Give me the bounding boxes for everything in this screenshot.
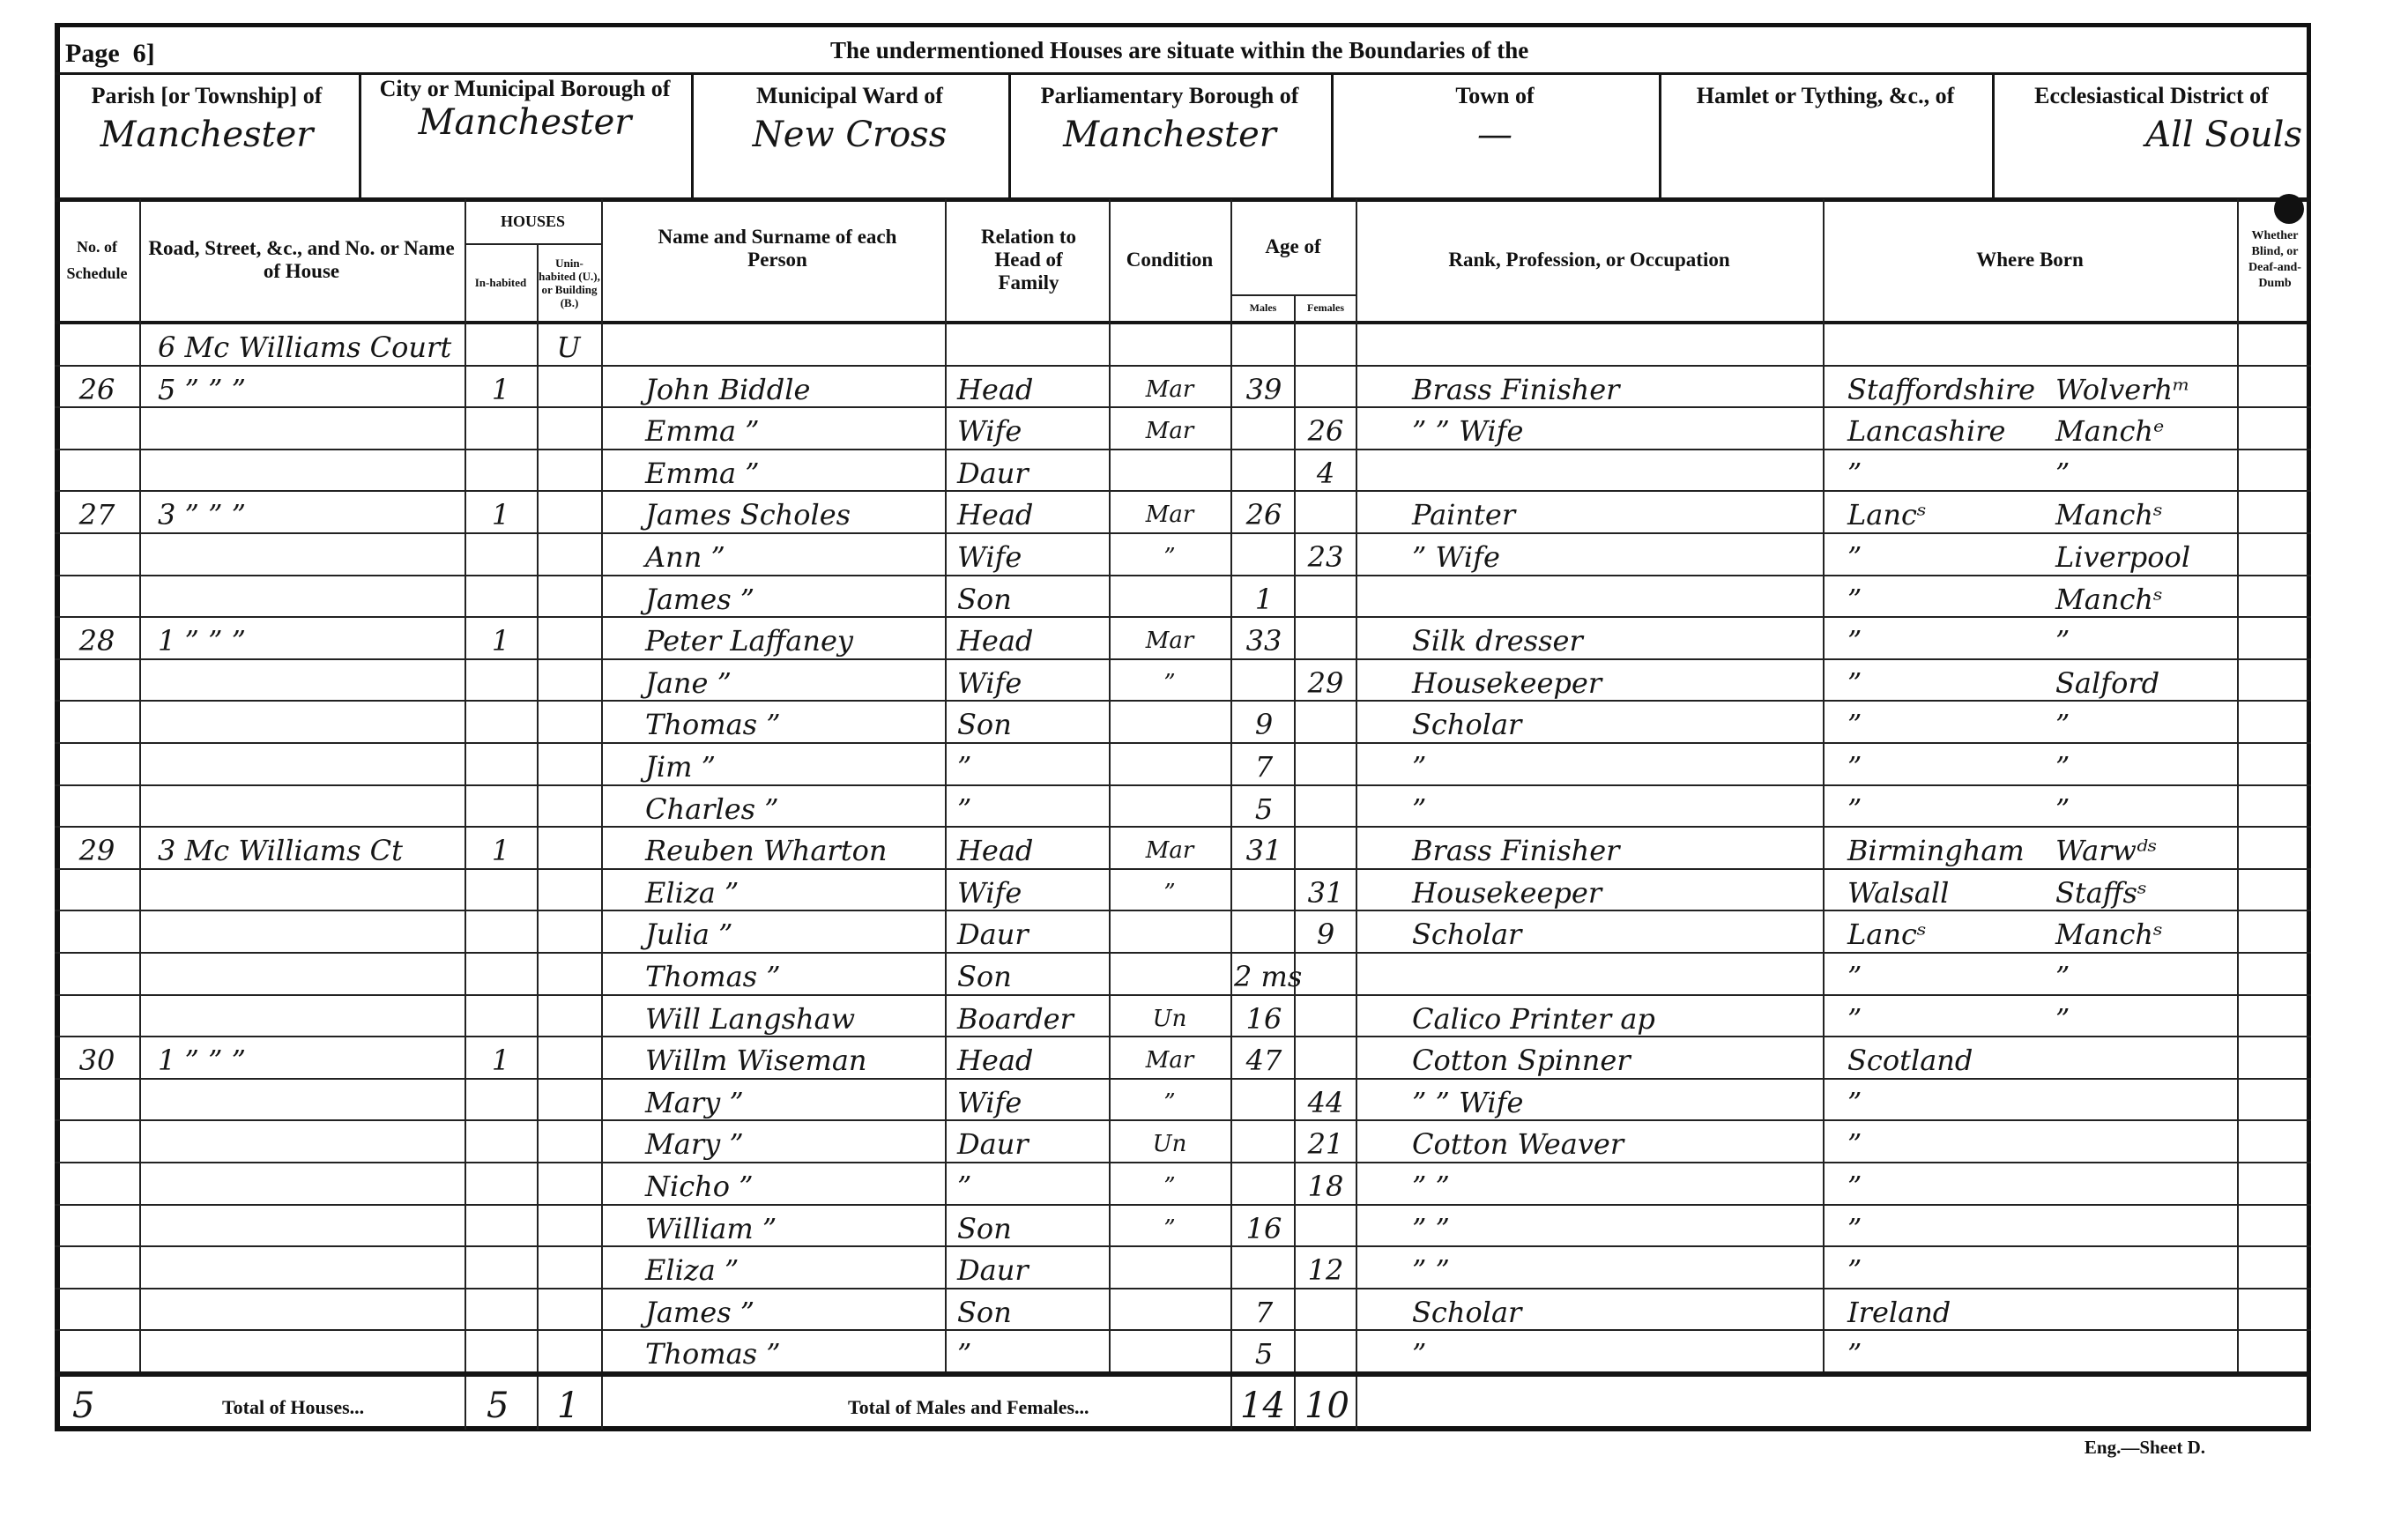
birthplace-town: Manchᵉ	[2055, 406, 2164, 449]
birthplace: Walsall	[1826, 868, 2257, 910]
schedule-number	[55, 994, 139, 1037]
hamlet-box: Hamlet or Tything, &c., of	[1659, 74, 1992, 197]
road-address	[147, 784, 475, 827]
inhabited-count	[465, 700, 537, 742]
table-row: 273 ” ” ”1James ScholesHeadMar26PainterL…	[55, 490, 2311, 532]
occupation: ”	[1359, 784, 1870, 827]
age-male: 5	[1234, 784, 1294, 827]
total-females: 10	[1304, 1386, 1349, 1426]
relation-to-head: Wife	[945, 1078, 1120, 1120]
age-female: 12	[1296, 1245, 1356, 1288]
col-where-born: Where Born	[1823, 199, 2237, 320]
age-male: 9	[1234, 700, 1294, 742]
occupation: Silk dresser	[1359, 616, 1870, 658]
schedule-number	[55, 784, 139, 827]
age-male: 5	[1234, 1329, 1294, 1371]
inhabited-count	[465, 784, 537, 827]
blind-deaf-dumb	[2241, 406, 2316, 449]
table-row: Jane ”Wife”29Housekeeper”Salford	[55, 658, 2311, 701]
person-name: Julia ”	[610, 910, 971, 952]
marital-condition: ”	[1112, 1162, 1227, 1204]
age-male	[1234, 658, 1294, 701]
occupation: ”	[1359, 1329, 1870, 1371]
person-name: Jim ”	[610, 742, 971, 784]
uninhabited-mark	[537, 449, 600, 491]
occupation	[1359, 575, 1870, 617]
person-name: Willm Wiseman	[610, 1036, 971, 1078]
totals-row: 5 Total of Houses... 5 1 Total of Males …	[55, 1373, 2311, 1431]
birthplace-town: Warwᵈˢ	[2055, 826, 2157, 868]
age-male: 7	[1234, 742, 1294, 784]
occupation: ” ”	[1359, 1245, 1870, 1288]
birthplace-town: Manchˢ	[2055, 490, 2163, 532]
relation-to-head: Son	[945, 1288, 1120, 1330]
person-name: Will Langshaw	[610, 994, 971, 1037]
inhabited-count	[465, 742, 537, 784]
uninhabited-mark	[537, 616, 600, 658]
schedule-number	[55, 700, 139, 742]
city-box: City or Municipal Borough of Manchester	[359, 74, 691, 197]
relation-to-head: Head	[945, 616, 1120, 658]
parliamentary-value: Manchester	[1008, 115, 1331, 155]
birthplace: Lancˢ	[1826, 490, 2257, 532]
uninhabited-mark	[537, 994, 600, 1037]
schedule-number: 28	[55, 616, 139, 658]
schedule-number: 27	[55, 490, 139, 532]
birthplace: ”	[1826, 784, 2257, 827]
age-male	[1234, 868, 1294, 910]
age-male	[1234, 1078, 1294, 1120]
person-name: Emma ”	[610, 449, 971, 491]
blind-deaf-dumb	[2241, 1078, 2316, 1120]
uninhabited-mark	[537, 365, 600, 407]
uninhabited-mark	[537, 1119, 600, 1162]
schedule-number: 26	[55, 365, 139, 407]
road-address: 6 Mc Williams Court	[147, 323, 475, 365]
table-row: Will LangshawBoarderUn16Calico Printer a…	[55, 994, 2311, 1037]
relation-to-head: Head	[945, 490, 1120, 532]
road-address	[147, 575, 475, 617]
table-row: James ”Son7ScholarIreland	[55, 1288, 2311, 1330]
road-address	[147, 449, 475, 491]
birthplace: ”	[1826, 952, 2257, 994]
birthplace: ”	[1826, 575, 2257, 617]
blind-deaf-dumb	[2241, 1036, 2316, 1078]
occupation: Housekeeper	[1359, 658, 1870, 701]
birthplace: ”	[1826, 658, 2257, 701]
person-name: William ”	[610, 1204, 971, 1246]
inhabited-count	[465, 994, 537, 1037]
blind-deaf-dumb	[2241, 994, 2316, 1037]
marital-condition	[1112, 700, 1227, 742]
relation-to-head: Head	[945, 365, 1120, 407]
ecclesiastical-value: All Souls	[1992, 115, 2311, 155]
road-address	[147, 658, 475, 701]
blind-deaf-dumb	[2241, 910, 2316, 952]
relation-to-head	[945, 323, 1120, 365]
age-female	[1296, 1288, 1356, 1330]
relation-to-head: ”	[945, 742, 1120, 784]
age-male	[1234, 1119, 1294, 1162]
age-female: 21	[1296, 1119, 1356, 1162]
uninhabited-mark	[537, 952, 600, 994]
schedule-number	[55, 1288, 139, 1330]
age-female	[1296, 1036, 1356, 1078]
age-male: 26	[1234, 490, 1294, 532]
inhabited-count: 1	[465, 1036, 537, 1078]
occupation: ” ” Wife	[1359, 406, 1870, 449]
uninhabited-mark: U	[537, 323, 600, 365]
table-row: Charles ””5”””	[55, 784, 2311, 827]
road-address	[147, 1288, 475, 1330]
occupation: Scholar	[1359, 910, 1870, 952]
uninhabited-mark	[537, 742, 600, 784]
birthplace-town: Manchˢ	[2055, 910, 2163, 952]
sheet-id: Eng.—Sheet D.	[2085, 1437, 2205, 1459]
blind-deaf-dumb	[2241, 616, 2316, 658]
road-address	[147, 700, 475, 742]
relation-to-head: Son	[945, 575, 1120, 617]
uninhabited-mark	[537, 910, 600, 952]
age-male: 16	[1234, 1204, 1294, 1246]
blind-deaf-dumb	[2241, 449, 2316, 491]
occupation	[1359, 449, 1870, 491]
blind-deaf-dumb	[2241, 490, 2316, 532]
uninhabited-mark	[537, 1204, 600, 1246]
inhabited-count: 1	[465, 490, 537, 532]
age-female	[1296, 1329, 1356, 1371]
table-row: Mary ”Wife”44” ” Wife”	[55, 1078, 2311, 1120]
relation-to-head: ”	[945, 784, 1120, 827]
age-female: 23	[1296, 532, 1356, 575]
ward-box: Municipal Ward of New Cross	[691, 74, 1008, 197]
marital-condition: Un	[1112, 994, 1227, 1037]
road-address: 1 ” ” ”	[147, 1036, 475, 1078]
inhabited-count: 1	[465, 826, 537, 868]
age-male: 1	[1234, 575, 1294, 617]
blind-deaf-dumb	[2241, 826, 2316, 868]
total-uninhabited: 1	[557, 1386, 579, 1426]
blind-deaf-dumb	[2241, 784, 2316, 827]
city-value: Manchester	[359, 102, 691, 143]
inhabited-count	[465, 1245, 537, 1288]
table-row: 6 Mc Williams CourtU	[55, 323, 2311, 365]
birthplace: ”	[1826, 994, 2257, 1037]
occupation: Calico Printer ap	[1359, 994, 1870, 1037]
age-female: 29	[1296, 658, 1356, 701]
road-address	[147, 406, 475, 449]
table-row: Eliza ”Wife”31HousekeeperWalsallStaffsˢ	[55, 868, 2311, 910]
col-uninhabited: Unin-habited (U.), or Building (B.)	[539, 245, 600, 320]
inhabited-count	[465, 1329, 537, 1371]
uninhabited-mark	[537, 658, 600, 701]
birthplace-town: Liverpool	[2055, 532, 2190, 575]
blind-deaf-dumb	[2241, 1245, 2316, 1288]
occupation: ” Wife	[1359, 532, 1870, 575]
inhabited-count	[465, 868, 537, 910]
age-female	[1296, 952, 1356, 994]
blind-deaf-dumb	[2241, 365, 2316, 407]
marital-condition	[1112, 1245, 1227, 1288]
road-address	[147, 1162, 475, 1204]
ward-value: New Cross	[691, 115, 1008, 155]
uninhabited-mark	[537, 700, 600, 742]
inhabited-count	[465, 532, 537, 575]
age-female	[1296, 323, 1356, 365]
total-males: 14	[1240, 1386, 1285, 1426]
col-schedule: No. of Schedule	[55, 199, 139, 320]
marital-condition: Mar	[1112, 406, 1227, 449]
age-female	[1296, 826, 1356, 868]
table-row: Thomas ”Son2 ms””	[55, 952, 2311, 994]
schedule-number: 29	[55, 826, 139, 868]
marital-condition: Mar	[1112, 826, 1227, 868]
marital-condition: ”	[1112, 1078, 1227, 1120]
town-box: Town of —	[1331, 74, 1659, 197]
road-address	[147, 910, 475, 952]
road-address: 3 ” ” ”	[147, 490, 475, 532]
age-male	[1234, 532, 1294, 575]
birthplace: ”	[1826, 742, 2257, 784]
col-houses: HOUSES	[465, 199, 601, 243]
col-occupation: Rank, Profession, or Occupation	[1356, 199, 1823, 320]
inhabited-count	[465, 1162, 537, 1204]
schedule-number	[55, 406, 139, 449]
marital-condition: ”	[1112, 1204, 1227, 1246]
occupation: ”	[1359, 742, 1870, 784]
birthplace: ”	[1826, 1162, 2257, 1204]
marital-condition: Mar	[1112, 365, 1227, 407]
col-age: Age of	[1230, 199, 1356, 294]
blind-deaf-dumb	[2241, 1204, 2316, 1246]
schedule-number	[55, 1162, 139, 1204]
inhabited-count	[465, 449, 537, 491]
inhabited-count	[465, 1204, 537, 1246]
person-name: Ann ”	[610, 532, 971, 575]
col-relation: Relation to Head of Family	[971, 199, 1086, 320]
marital-condition	[1112, 449, 1227, 491]
birthplace: ”	[1826, 616, 2257, 658]
birthplace-town: Salford	[2055, 658, 2159, 701]
road-address: 5 ” ” ”	[147, 365, 475, 407]
road-address	[147, 532, 475, 575]
birthplace: ”	[1826, 1078, 2257, 1120]
age-male	[1234, 449, 1294, 491]
relation-to-head: Head	[945, 826, 1120, 868]
table-row: Julia ”Daur9ScholarLancˢManchˢ	[55, 910, 2311, 952]
age-female: 31	[1296, 868, 1356, 910]
inhabited-count	[465, 658, 537, 701]
road-address	[147, 1329, 475, 1371]
age-male	[1234, 910, 1294, 952]
total-schedules: 5	[72, 1386, 94, 1426]
col-females: Females	[1296, 296, 1356, 320]
age-male	[1234, 323, 1294, 365]
person-name: Reuben Wharton	[610, 826, 971, 868]
birthplace: Birmingham	[1826, 826, 2257, 868]
age-male	[1234, 406, 1294, 449]
blind-deaf-dumb	[2241, 658, 2316, 701]
ecclesiastical-box: Ecclesiastical District of All Souls	[1992, 74, 2311, 197]
table-row: 265 ” ” ”1John BiddleHeadMar39Brass Fini…	[55, 365, 2311, 407]
person-name: James ”	[610, 1288, 971, 1330]
inhabited-count	[465, 1078, 537, 1120]
marital-condition: ”	[1112, 868, 1227, 910]
col-road: Road, Street, &c., and No. or Name of Ho…	[143, 199, 460, 320]
uninhabited-mark	[537, 784, 600, 827]
relation-to-head: Wife	[945, 406, 1120, 449]
col-males: Males	[1232, 296, 1294, 320]
schedule-number	[55, 323, 139, 365]
birthplace: Lancashire	[1826, 406, 2257, 449]
occupation: ” ”	[1359, 1162, 1870, 1204]
blind-deaf-dumb	[2241, 532, 2316, 575]
birthplace-town: ”	[2055, 742, 2070, 784]
age-female	[1296, 490, 1356, 532]
occupation: Housekeeper	[1359, 868, 1870, 910]
relation-to-head: Daur	[945, 1119, 1120, 1162]
birthplace: ”	[1826, 1204, 2257, 1246]
birthplace-town: ”	[2055, 700, 2070, 742]
schedule-number	[55, 868, 139, 910]
age-female	[1296, 742, 1356, 784]
birthplace-town: ”	[2055, 994, 2070, 1037]
age-male: 33	[1234, 616, 1294, 658]
table-row: 301 ” ” ”1Willm WisemanHeadMar47Cotton S…	[55, 1036, 2311, 1078]
age-female: 26	[1296, 406, 1356, 449]
relation-to-head: Daur	[945, 449, 1120, 491]
blind-deaf-dumb	[2241, 1162, 2316, 1204]
table-row: Emma ”WifeMar26” ” WifeLancashireManchᵉ	[55, 406, 2311, 449]
person-name: Eliza ”	[610, 1245, 971, 1288]
schedule-number	[55, 1329, 139, 1371]
age-female	[1296, 784, 1356, 827]
road-address	[147, 952, 475, 994]
marital-condition	[1112, 952, 1227, 994]
age-female	[1296, 700, 1356, 742]
parish-value: Manchester	[55, 115, 359, 155]
birthplace-town: Staffsˢ	[2055, 868, 2147, 910]
marital-condition: Mar	[1112, 1036, 1227, 1078]
relation-to-head: Son	[945, 700, 1120, 742]
birthplace: Ireland	[1826, 1288, 2257, 1330]
inhabited-count	[465, 323, 537, 365]
blind-deaf-dumb	[2241, 1288, 2316, 1330]
table-row: Nicho ”””18” ””	[55, 1162, 2311, 1204]
road-address: 1 ” ” ”	[147, 616, 475, 658]
blind-deaf-dumb	[2241, 1329, 2316, 1371]
relation-to-head: Son	[945, 1204, 1120, 1246]
age-male: 31	[1234, 826, 1294, 868]
marital-condition: ”	[1112, 658, 1227, 701]
birthplace: Scotland	[1826, 1036, 2257, 1078]
col-inhabited: In-habited	[466, 245, 535, 320]
age-male: 2 ms	[1234, 952, 1294, 994]
age-male: 47	[1234, 1036, 1294, 1078]
schedule-number	[55, 952, 139, 994]
age-female: 44	[1296, 1078, 1356, 1120]
person-name: Jane ”	[610, 658, 971, 701]
age-female	[1296, 616, 1356, 658]
road-address	[147, 1119, 475, 1162]
col-condition: Condition	[1109, 199, 1230, 320]
schedule-number	[55, 1078, 139, 1120]
occupation: Scholar	[1359, 1288, 1870, 1330]
relation-to-head: Daur	[945, 1245, 1120, 1288]
table-row: Ann ”Wife”23” Wife”Liverpool	[55, 532, 2311, 575]
age-female	[1296, 994, 1356, 1037]
occupation: Brass Finisher	[1359, 826, 1870, 868]
uninhabited-mark	[537, 1036, 600, 1078]
table-row: 293 Mc Williams Ct1Reuben WhartonHeadMar…	[55, 826, 2311, 868]
col-name: Name and Surname of each Person	[636, 199, 918, 320]
age-male: 16	[1234, 994, 1294, 1037]
person-name: Emma ”	[610, 406, 971, 449]
relation-to-head: Boarder	[945, 994, 1120, 1037]
marital-condition	[1112, 575, 1227, 617]
age-female	[1296, 1204, 1356, 1246]
inhabited-count	[465, 575, 537, 617]
table-row: Emma ”Daur4””	[55, 449, 2311, 491]
uninhabited-mark	[537, 406, 600, 449]
schedule-number	[55, 1245, 139, 1288]
marital-condition	[1112, 1288, 1227, 1330]
inhabited-count	[465, 406, 537, 449]
table-row: James ”Son1”Manchˢ	[55, 575, 2311, 617]
birthplace: ”	[1826, 700, 2257, 742]
road-address	[147, 1245, 475, 1288]
uninhabited-mark	[537, 1162, 600, 1204]
relation-to-head: Wife	[945, 658, 1120, 701]
person-name: Mary ”	[610, 1119, 971, 1162]
census-page: Page 6] The undermentioned Houses are si…	[55, 23, 2311, 1460]
road-address	[147, 1204, 475, 1246]
schedule-number	[55, 910, 139, 952]
birthplace-town: ”	[2055, 449, 2070, 491]
road-address	[147, 742, 475, 784]
relation-to-head: ”	[945, 1162, 1120, 1204]
age-male	[1234, 1245, 1294, 1288]
person-name: Eliza ”	[610, 868, 971, 910]
person-name: Thomas ”	[610, 1329, 971, 1371]
birthplace: ”	[1826, 1329, 2257, 1371]
table-row: Jim ””7”””	[55, 742, 2311, 784]
uninhabited-mark	[537, 1288, 600, 1330]
occupation: ” ” Wife	[1359, 1078, 1870, 1120]
marital-condition: Mar	[1112, 490, 1227, 532]
uninhabited-mark	[537, 575, 600, 617]
relation-to-head: Daur	[945, 910, 1120, 952]
schedule-number	[55, 1204, 139, 1246]
inhabited-count	[465, 1288, 537, 1330]
birthplace-town: Manchˢ	[2055, 575, 2163, 617]
marital-condition	[1112, 784, 1227, 827]
birthplace: Lancˢ	[1826, 910, 2257, 952]
table-row: William ”Son”16” ””	[55, 1204, 2311, 1246]
birthplace: ”	[1826, 449, 2257, 491]
total-persons-label: Total of Males and Females...	[848, 1396, 1089, 1419]
person-name: James ”	[610, 575, 971, 617]
road-address	[147, 994, 475, 1037]
total-inhabited: 5	[487, 1386, 509, 1426]
occupation: Cotton Spinner	[1359, 1036, 1870, 1078]
uninhabited-mark	[537, 1078, 600, 1120]
age-female	[1296, 575, 1356, 617]
age-female: 4	[1296, 449, 1356, 491]
occupation: Painter	[1359, 490, 1870, 532]
table-row: Mary ”DaurUn21Cotton Weaver”	[55, 1119, 2311, 1162]
occupation: Brass Finisher	[1359, 365, 1870, 407]
